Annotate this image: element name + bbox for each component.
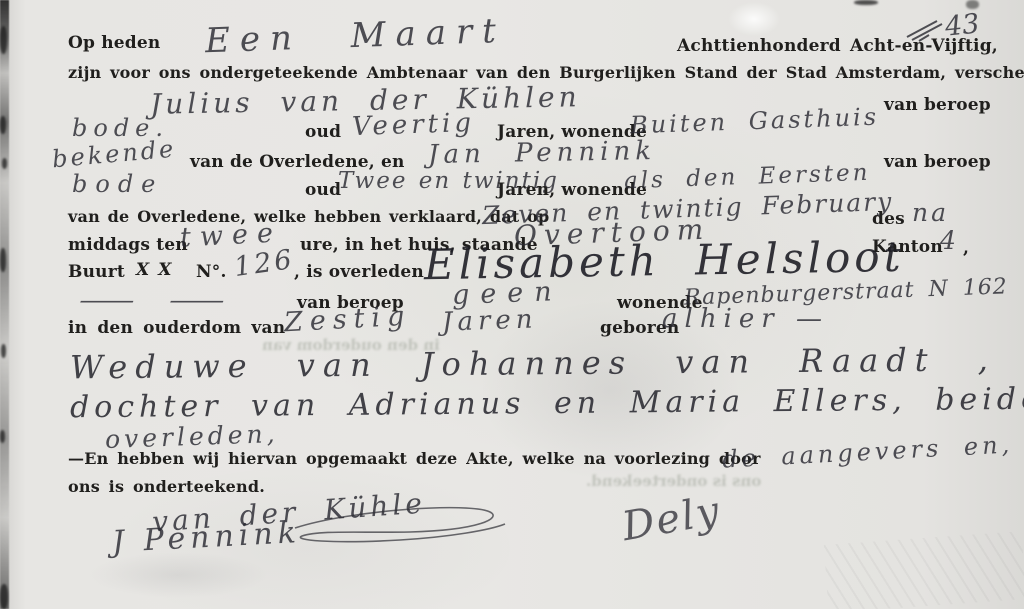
hw-widow-line: Weduwe van Johannes van Raadt , —	[70, 340, 1024, 387]
label-des: des	[872, 209, 905, 229]
scan-left-edge	[0, 0, 9, 609]
hw-parents-line: dochter van Adrianus en Maria Ellers, be…	[70, 382, 1024, 425]
scan-edge-mark	[1, 344, 6, 358]
scan-edge-mark	[0, 430, 5, 443]
label-intro: zijn voor ons ondergeteekende Ambtenaar …	[68, 63, 1024, 82]
hw-deceased-age: Zestig	[283, 301, 412, 339]
label-ouderdom: in den ouderdom van	[68, 318, 285, 338]
label-van-beroep-2: van beroep	[884, 152, 991, 172]
label-buurt: Buurt	[68, 262, 125, 282]
hw-date-day: Een Maart	[204, 11, 506, 61]
label-declared: van de Overledene, welke hebben verklaar…	[68, 207, 549, 226]
bleedthrough-text: ons is onderteekend.	[586, 472, 761, 490]
scan-edge-mark	[0, 584, 8, 609]
hw-blank-dash: —	[168, 286, 226, 314]
label-oud-1: oud	[305, 122, 341, 142]
label-closing-2: ons is onderteekend.	[68, 477, 265, 496]
signature-registrar: Dely	[619, 488, 725, 551]
hw-declarant1-residence: Buiten Gasthuis	[630, 103, 880, 140]
hw-jaren: Jaren	[442, 304, 538, 337]
hw-readers: de aangevers en,	[721, 430, 1013, 473]
hw-declarant2-name: Jan Pennink	[428, 136, 656, 170]
label-year: Achttienhonderd Acht-en-Vijftig,	[677, 36, 998, 56]
hw-kanton-number: 4	[940, 226, 956, 255]
scan-edge-mark	[0, 26, 7, 54]
hw-declarant1-relation: bekende	[51, 135, 177, 174]
label-middags-ten: middags ten	[68, 235, 188, 255]
hw-des-suffix: na	[912, 198, 949, 227]
death-certificate-scan: in den ouderdom van ons is onderteekend.…	[0, 0, 1024, 609]
label-closing-1: —En hebben wij hiervan opgemaakt deze Ak…	[68, 449, 761, 468]
label-kanton-comma: ,	[963, 238, 969, 258]
hw-declarant2-occupation: bode	[72, 170, 163, 198]
hw-birthplace: alhier —	[662, 304, 829, 334]
hw-declarant1-age: Veertig	[352, 108, 476, 142]
scan-edge-mark	[0, 248, 6, 272]
label-no: N°.	[196, 262, 227, 282]
label-buurt-code: XX	[136, 260, 180, 280]
paper-blotch	[728, 2, 780, 36]
signature-declarant2: J Pennink	[111, 515, 301, 560]
scan-streaks	[824, 531, 1024, 609]
scan-edge-mark	[2, 158, 7, 169]
hw-blank-dash: —	[78, 286, 136, 314]
signature-flourish	[290, 500, 510, 545]
label-op-heden: Op heden	[68, 33, 160, 53]
label-is-overleden: , is overleden	[294, 262, 424, 282]
scan-edge-mark	[854, 0, 878, 5]
label-oud-2: oud	[305, 180, 341, 200]
scan-edge-mark	[0, 116, 6, 134]
label-van-beroep-1: van beroep	[884, 95, 991, 115]
